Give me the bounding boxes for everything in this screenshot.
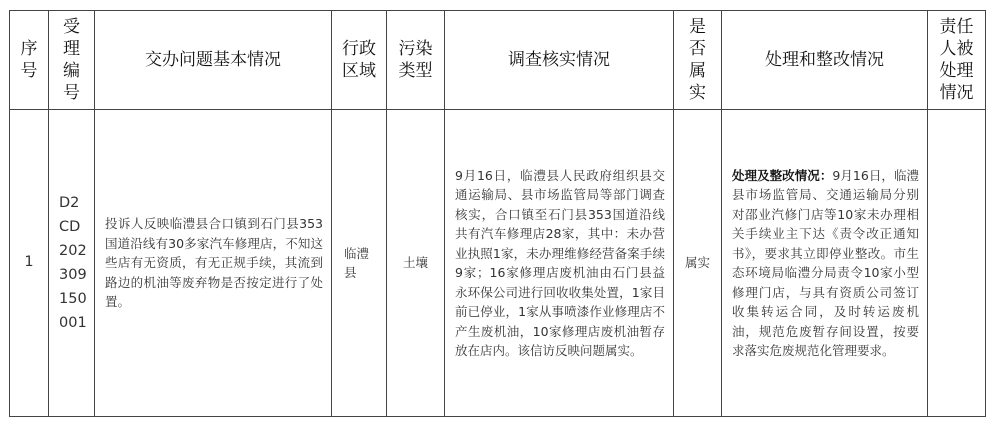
cell-investigation: 9月16日，临澧县人民政府组织县交通运输局、县市场监管局等部门调查核实，合口镇至… [445, 110, 674, 417]
table-row: 1 D2CD202309150001 投诉人反映临澧县合口镇到石门县353国道沿… [10, 110, 986, 417]
cell-pollution-type: 土壤 [387, 110, 445, 417]
cell-accountability [928, 110, 986, 417]
cell-region: 临澧县 [332, 110, 387, 417]
cell-verified: 属实 [674, 110, 722, 417]
header-case-id: 受理编号 [49, 11, 95, 110]
handling-label: 处理及整改情况： [732, 168, 832, 183]
header-investigation: 调查核实情况 [445, 11, 674, 110]
cell-seq: 1 [10, 110, 49, 417]
header-pollution-type: 污染类型 [387, 11, 445, 110]
header-issue: 交办问题基本情况 [95, 11, 332, 110]
header-row: 序号 受理编号 交办问题基本情况 行政区域 污染类型 调查核实情况 是否属实 处… [10, 11, 986, 110]
cell-case-id: D2CD202309150001 [49, 110, 95, 417]
header-handling: 处理和整改情况 [722, 11, 928, 110]
header-region: 行政区域 [332, 11, 387, 110]
header-verified: 是否属实 [674, 11, 722, 110]
complaint-handling-table: 序号 受理编号 交办问题基本情况 行政区域 污染类型 调查核实情况 是否属实 处… [9, 10, 986, 417]
header-seq: 序号 [10, 11, 49, 110]
handling-text: 9月16日，临澧县市场监管局、交通运输局分别对邵业汽修门店等10家未办理相关手续… [732, 168, 919, 359]
header-accountability: 责任人被处理情况 [928, 11, 986, 110]
cell-issue: 投诉人反映临澧县合口镇到石门县353国道沿线有30多家汽车修理店，不知这些店有无… [95, 110, 332, 417]
cell-handling: 处理及整改情况：9月16日，临澧县市场监管局、交通运输局分别对邵业汽修门店等10… [722, 110, 928, 417]
